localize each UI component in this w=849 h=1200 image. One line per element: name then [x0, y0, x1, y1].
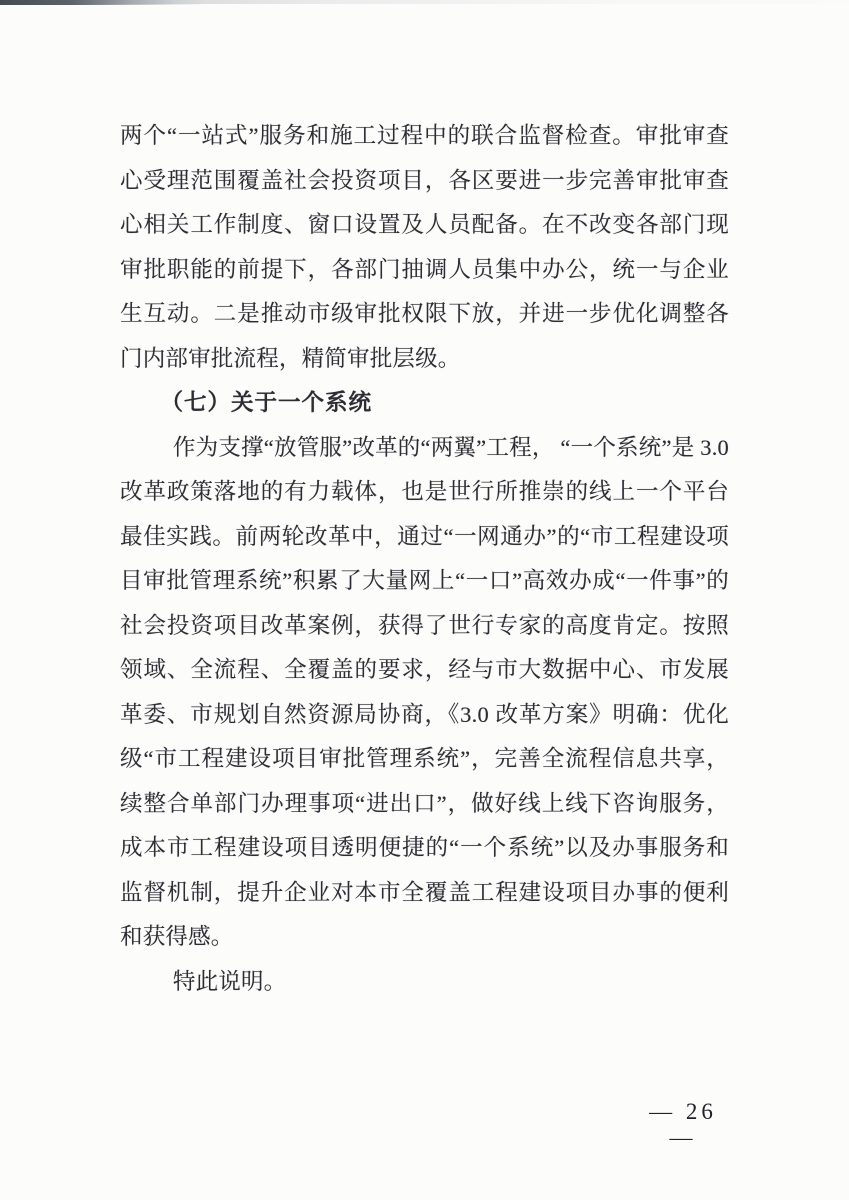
- text-line: 成本市工程建设项目透明便捷的“一个系统”以及办事服务和: [120, 826, 729, 871]
- section-heading: （七）关于一个系统: [120, 381, 729, 426]
- text-line: 生互动。二是推动市级审批权限下放，并进一步优化调整各部: [120, 292, 729, 337]
- text-line: 两个“一站式”服务和施工过程中的联合监督检查。审批审查中: [120, 114, 729, 159]
- document-body: 两个“一站式”服务和施工过程中的联合监督检查。审批审查中 心受理范围覆盖社会投资…: [120, 114, 729, 1004]
- text-line: 和获得感。: [120, 915, 729, 960]
- text-line: 续整合单部门办理事项“进出口”，做好线上线下咨询服务，形: [120, 782, 729, 827]
- text-line: 监督机制，提升企业对本市全覆盖工程建设项目办事的便利度: [120, 871, 729, 916]
- text-line: 最佳实践。前两轮改革中，通过“一网通办”的“市工程建设项: [120, 515, 729, 560]
- text-line: 心相关工作制度、窗口设置及人员配备。在不改变各部门现有: [120, 203, 729, 248]
- text-line: 社会投资项目改革案例，获得了世行专家的高度肯定。按照全: [120, 604, 729, 649]
- text-line: 领域、全流程、全覆盖的要求，经与市大数据中心、市发展改: [120, 648, 729, 693]
- page-number: — 26 —: [633, 1099, 733, 1151]
- paragraph-section-7: 作为支撑“放管服”改革的“两翼”工程， “一个系统”是 3.0 改革政策落地的有…: [120, 426, 729, 960]
- text-line: 革委、市规划自然资源局协商，《3.0 改革方案》明确：优化升: [120, 693, 729, 738]
- text-line: 门内部审批流程，精简审批层级。: [120, 337, 729, 382]
- closing-line: 特此说明。: [120, 960, 729, 1005]
- text-line: 审批职能的前提下，各部门抽调人员集中办公，统一与企业发: [120, 248, 729, 293]
- document-page: 两个“一站式”服务和施工过程中的联合监督检查。审批审查中 心受理范围覆盖社会投资…: [0, 0, 849, 1200]
- text-line: 级“市工程建设项目审批管理系统”，完善全流程信息共享，继: [120, 737, 729, 782]
- scan-artifact-top-left: [0, 0, 205, 5]
- text-line: 改革政策落地的有力载体，也是世行所推崇的线上一个平台的: [120, 470, 729, 515]
- paragraph-continuation: 两个“一站式”服务和施工过程中的联合监督检查。审批审查中 心受理范围覆盖社会投资…: [120, 114, 729, 381]
- text-line: 作为支撑“放管服”改革的“两翼”工程， “一个系统”是 3.0: [120, 426, 729, 471]
- text-line: 心受理范围覆盖社会投资项目，各区要进一步完善审批审查中: [120, 159, 729, 204]
- text-line: 目审批管理系统”积累了大量网上“一口”高效办成“一件事”的: [120, 559, 729, 604]
